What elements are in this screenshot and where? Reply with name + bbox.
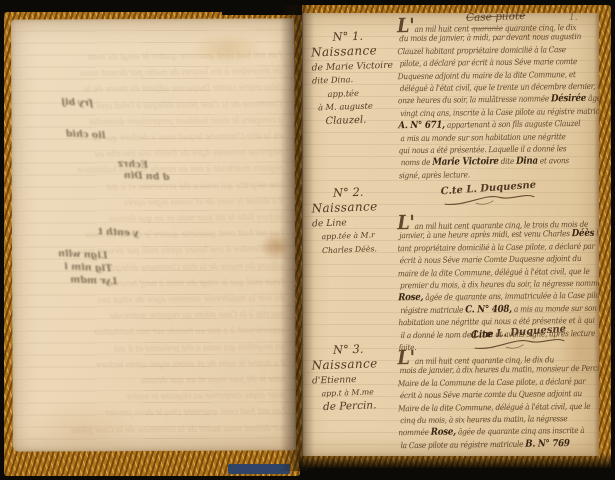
- text-segment: maire de la dite Commune, délégué à l'ét…: [398, 265, 590, 277]
- text-segment: cinq du mois, à six heures du matin, la …: [400, 413, 567, 425]
- text-segment: écrit à nous Séve marie Comte Duquesne a…: [400, 253, 582, 265]
- text-segment: Clauzel habitant propriétaire domicilié …: [397, 44, 566, 56]
- entry-margin-notes: N° 2.Naissancede Lineapp.tée à M.rCharle…: [311, 184, 400, 258]
- text-segment: Maire de la Commune de la Case pilote, a…: [398, 376, 586, 388]
- left-page: l'an mil huit cent quarante quatre le vi…: [11, 18, 296, 451]
- text-segment: Maire de la dite Commune, délégué à l'ét…: [398, 400, 590, 412]
- text-segment: Déès: [572, 228, 595, 239]
- bleed-line: par devant nous maire de la commune de l…: [22, 420, 286, 439]
- text-segment: vingt cinq ans, inscrite à la Case pilot…: [400, 105, 599, 118]
- text-segment: Dina: [516, 156, 538, 167]
- margin-line: de Percin.: [313, 398, 400, 415]
- text-segment: écrit à nous Séve marie comte du Quesne …: [400, 388, 582, 400]
- text-segment: Duquesne adjoint du maire de la dite Com…: [398, 69, 576, 81]
- text-segment: a mis au monde sur son habitation une né…: [400, 131, 565, 143]
- text-segment: et avons: [538, 155, 569, 165]
- margin-line: Charles Déès.: [313, 241, 400, 258]
- ink-showthrough-mark: lio chid: [65, 128, 105, 141]
- right-page: Case pilote 1. N° 1.Naissancede Marie Vi…: [302, 13, 599, 456]
- text-segment: appartenant à son fils auguste Clauzel: [445, 118, 581, 130]
- binding-ribbon: [228, 464, 290, 474]
- text-segment: âgée de: [586, 93, 599, 103]
- ink-showthrough-mark: Tig nim i: [64, 261, 113, 274]
- text-segment: dite: [499, 156, 517, 166]
- text-segment: âgée de quarante ans, immatriculée à la …: [423, 290, 599, 302]
- ink-showthrough-mark: Lyr mdm: [70, 274, 117, 287]
- entry-body-text: L'an mil huit cent quarante cinq, le dix…: [397, 350, 596, 452]
- margin-line: Clauzel.: [313, 112, 400, 129]
- signature: C.te L. Duquesne: [440, 180, 537, 209]
- text-segment: onze heures du soir, la mulâtresse nommé…: [398, 94, 551, 106]
- text-segment: A. N° 671,: [398, 120, 445, 132]
- text-segment: signé, après lecture.: [399, 169, 470, 180]
- text-segment: mois de janvier, à dix heures du matin, …: [400, 363, 599, 375]
- text-segment: B. N° 769: [525, 438, 570, 450]
- entry-margin-notes: N° 3.Naissanced'Etienneapp.t à M.mede Pe…: [311, 341, 400, 415]
- text-line: signé, après lecture.: [399, 167, 577, 182]
- ink-showthrough-mark: y enth t: [98, 226, 139, 239]
- bleed-text: l'an mil huit cent quarante quatre le vi…: [18, 48, 286, 440]
- register-scan: l'an mil huit cent quarante quatre le vi…: [0, 0, 615, 480]
- gutter-top-shadow: [222, 0, 302, 15]
- text-segment: la Case pilote au régistre matricule: [400, 438, 525, 450]
- text-segment: tant propriétaire domicilié à la Case pi…: [397, 241, 594, 253]
- text-segment: régistre matricule: [400, 304, 465, 315]
- text-segment: il a donné le nom de: [401, 329, 474, 340]
- ink-showthrough-mark: Echrz: [117, 158, 148, 170]
- entry-body-text: L'an mil huit cent quarante quarante cin…: [397, 18, 597, 181]
- text-segment: janvier, à une heure après midi, est ven…: [399, 228, 571, 240]
- text-segment: pilote, a déclaré par écrit à nous Séve …: [399, 56, 577, 68]
- text-segment: nommée: [398, 427, 430, 437]
- ink-showthrough-mark: d bn Din: [124, 170, 170, 183]
- text-segment: Désirée: [551, 93, 586, 104]
- text-segment: du mois de janvier, à midi, par devant n…: [399, 31, 581, 43]
- text-segment: Rose,: [431, 427, 456, 438]
- ink-showthrough-mark: fry bij: [61, 97, 93, 110]
- text-line: la Case pilote au régistre matricule B. …: [400, 437, 577, 452]
- text-segment: qui nous a été présentée. Laquelle il a …: [399, 143, 567, 155]
- ink-showthrough-mark: Lign wlln: [58, 248, 108, 261]
- text-segment: âgée de quarante cinq ans inscrite à: [456, 425, 585, 437]
- text-segment: Marie Victoire: [432, 156, 498, 168]
- text-segment: délégué à l'état civil, que le trente un…: [400, 81, 599, 93]
- text-segment: premier du mois, à dix heures du soir, l…: [400, 278, 599, 291]
- text-segment: Rose,: [398, 292, 423, 303]
- text-segment: C. N° 408,: [465, 304, 512, 316]
- entry-margin-notes: N° 1.Naissancede Marie Victoiredite Dina…: [310, 28, 400, 129]
- text-segment: habi-: [594, 228, 599, 238]
- text-segment: noms de: [401, 157, 433, 167]
- text-segment: a mis au monde sur son: [512, 303, 597, 314]
